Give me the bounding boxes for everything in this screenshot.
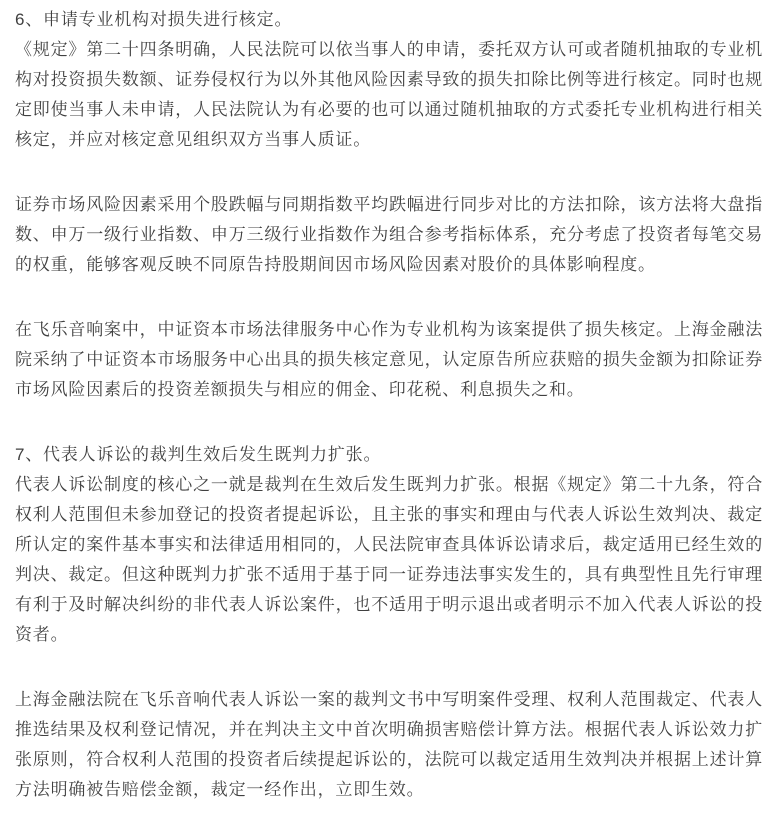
section-6-paragraph-1: 《规定》第二十四条明确，人民法院可以依当事人的申请，委托双方认可或者随机抽取的专… [15,35,763,155]
section-6-paragraph-2: 证券市场风险因素采用个股跌幅与同期指数平均跌幅进行同步对比的方法扣除，该方法将大… [15,190,763,280]
section-7: 7、代表人诉讼的裁判生效后发生既判力扩张。 代表人诉讼制度的核心之一就是裁判在生… [15,440,763,805]
section-7-heading: 7、代表人诉讼的裁判生效后发生既判力扩张。 [15,440,763,470]
section-7-paragraph-2: 上海金融法院在飞乐音响代表人诉讼一案的裁判文书中写明案件受理、权利人范围裁定、代… [15,685,763,805]
section-6-paragraph-3: 在飞乐音响案中，中证资本市场法律服务中心作为专业机构为该案提供了损失核定。上海金… [15,315,763,405]
section-7-paragraph-1: 代表人诉讼制度的核心之一就是裁判在生效后发生既判力扩张。根据《规定》第二十九条，… [15,470,763,650]
article-body: 6、申请专业机构对损失进行核定。 《规定》第二十四条明确，人民法院可以依当事人的… [0,0,779,805]
section-6-heading: 6、申请专业机构对损失进行核定。 [15,5,763,35]
section-6: 6、申请专业机构对损失进行核定。 《规定》第二十四条明确，人民法院可以依当事人的… [15,5,763,405]
